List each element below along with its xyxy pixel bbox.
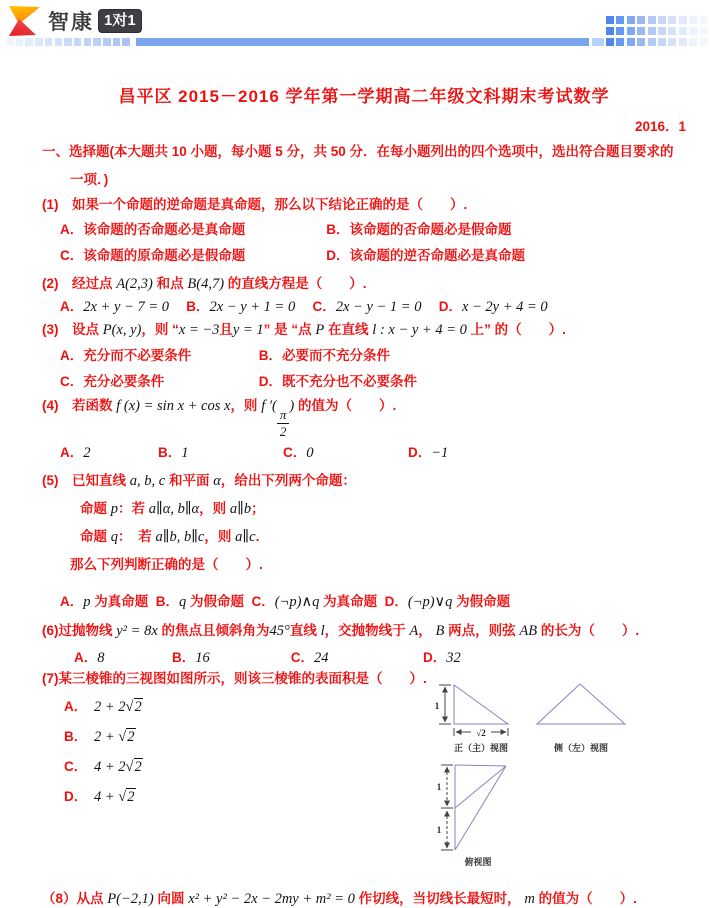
front-height-dim: 1 [435, 701, 440, 711]
math-segment: f (x) = sin x + cos x [116, 398, 230, 414]
mosaic-square [616, 27, 624, 35]
front-view-triangle [454, 685, 508, 724]
front-view-label: 正（主）视图 [454, 742, 508, 753]
text-segment: 的值为（ ）. [535, 891, 637, 906]
question-5-options: A．p 为真命题 B．q 为假命题 C．(¬p)∧q 为真命题 D．(¬p)∨q… [42, 592, 688, 612]
math-segment: α [213, 473, 221, 489]
math-segment: a∥α, b∥α [149, 501, 199, 517]
pixel-dot [55, 38, 63, 46]
mosaic-square [700, 16, 708, 24]
text-segment: 为假命题 C． [186, 594, 275, 609]
math-segment: 2x − y − 1 = 0 [336, 299, 422, 315]
text-segment: 两点，则弦 [444, 623, 519, 638]
question-2-options: A．2x + y − 7 = 0 B．2x − y + 1 = 0 C．2x −… [42, 297, 688, 317]
math-segment: a, b, c [130, 473, 165, 489]
top-view-label: 俯视图 [464, 856, 491, 867]
side-view-label: 侧（左）视图 [553, 742, 608, 753]
mosaic-square [689, 16, 697, 24]
question-6-stem: (6)过抛物线 y² = 8x 的焦点且倾斜角为45°直线 l，交抛物线于 A，… [42, 621, 688, 641]
mosaic-square [648, 16, 656, 24]
math-segment: 24 [314, 650, 329, 666]
mosaic-square [637, 38, 645, 46]
question-1-options-ab: A．该命题的否命题必是真命题 B．该命题的否命题必是假命题 [42, 220, 688, 240]
text-segment: 命题 [80, 529, 111, 544]
text-segment: (3) 设点 [42, 322, 103, 337]
mosaic-square [658, 16, 666, 24]
pixel-mosaic [606, 16, 710, 49]
section-header: 一、选择题(本大题共 10 小题，每小题 5 分，共 50 分．在每小题列出的四… [42, 142, 688, 162]
text-segment: 一项．) [70, 172, 108, 187]
mosaic-square [679, 38, 687, 46]
text-segment: ： 若 [118, 529, 156, 544]
front-base-dim: √2 [476, 728, 486, 738]
text-segment: 为假命题 [452, 594, 510, 609]
math-segment: 32 [446, 650, 461, 666]
math-segment: P(x, y) [103, 322, 142, 338]
math-segment: A [409, 623, 418, 639]
text-segment: （8）从点 [42, 891, 107, 906]
mosaic-square [679, 27, 687, 35]
mosaic-square [700, 38, 708, 46]
text-segment: A． [60, 594, 83, 609]
text-segment: 在直线 [324, 322, 372, 337]
text-segment: 作切线，当切线长最短时， [355, 891, 525, 906]
text-segment: 和点 [153, 276, 188, 291]
text-segment: ，则 “ [141, 322, 179, 337]
question-5-stem: (5) 已知直线 a, b, c 和平面 α，给出下列两个命题： [42, 471, 688, 491]
math-segment: a∥b, b∥c [156, 529, 205, 545]
header-bar [136, 38, 589, 46]
sqrt-expression: √2 [118, 788, 135, 805]
text-segment: (4) 若函数 [42, 398, 116, 413]
exam-page: 智康 1对1 昌平区 2015－2016 学年第一学期高二年级文科期末考试数学 … [0, 0, 710, 908]
text-segment: 且 [219, 322, 233, 337]
pixel-dot [122, 38, 130, 46]
math-segment: P(−2,1) [107, 891, 153, 907]
math-segment: m [524, 891, 534, 907]
math-segment: 2 [83, 445, 90, 461]
text-segment: D． [329, 650, 447, 665]
top-lower-dim: 1 [437, 825, 442, 835]
page-title: 昌平区 2015－2016 学年第一学期高二年级文科期末考试数学 [42, 82, 686, 107]
math-segment: AB [519, 623, 537, 639]
sqrt-expression: √2 [126, 698, 143, 715]
text-segment: 的焦点且倾斜角为 [158, 623, 270, 638]
question-3-options-ab: A．充分而不必要条件 B．必要而不充分条件 [42, 346, 688, 366]
text-segment: A． [60, 445, 83, 460]
three-view-svg: 1 √2 正（主）视图 侧（左）视图 1 [428, 674, 688, 874]
math-segment: P [315, 322, 324, 338]
text-segment: A． [60, 299, 83, 314]
math-segment: a∥b [230, 501, 251, 517]
text-segment: (7)某三棱锥的三视图如图所示，则该三棱锥的表面积是（ ）. [42, 671, 427, 686]
text-segment: C．该命题的原命题必是假命题 D．该命题的逆否命题必是真命题 [60, 248, 525, 263]
pixel-dot [113, 38, 121, 46]
math-segment: (¬p)∧q [275, 594, 320, 610]
text-segment: 为真命题 B． [91, 594, 180, 609]
text-segment: (2) 经过点 [42, 276, 116, 291]
text-segment: C． [189, 445, 307, 460]
text-segment: ，则 [230, 398, 261, 413]
brand-logo: 智康 1对1 [8, 4, 142, 38]
math-segment: p [111, 501, 118, 517]
math-segment: A(2,3) [116, 276, 153, 292]
mosaic-square [679, 16, 687, 24]
question-1-stem: (1) 如果一个命题的逆命题是真命题，那么以下结论正确的是（ ）. [42, 195, 688, 215]
math-segment: x = −3 [179, 322, 220, 338]
text-segment: 的值为（ ）. [294, 398, 396, 413]
mosaic-square [616, 38, 624, 46]
math-segment: (¬p)∨q [408, 594, 453, 610]
text-segment: 为真命题 D． [319, 594, 408, 609]
text-segment: ， [418, 623, 435, 638]
hourglass-logo-icon [8, 5, 42, 37]
fraction: π2 [277, 408, 290, 440]
mosaic-square [668, 27, 676, 35]
math-segment: y = 1 [233, 322, 264, 338]
text-segment: A．充分而不必要条件 B．必要而不充分条件 [60, 348, 390, 363]
math-segment: 8 [97, 650, 104, 666]
header-bar-tail [592, 38, 604, 46]
question-6-options: A．8 B．16 C．24 D．32 [42, 648, 688, 668]
text-segment: 那么下列判断正确的是（ ）. [70, 557, 263, 572]
mosaic-square [648, 38, 656, 46]
mosaic-square [637, 27, 645, 35]
mosaic-square [658, 38, 666, 46]
pixel-dot [74, 38, 82, 46]
text-segment: A．该命题的否命题必是真命题 B．该命题的否命题必是假命题 [60, 222, 512, 237]
side-view-triangle [537, 684, 625, 724]
math-segment: p [83, 594, 90, 610]
text-segment: B． [91, 445, 182, 460]
text-segment: C． [64, 759, 94, 774]
math-segment: 2x − y + 1 = 0 [209, 299, 295, 315]
question-4-options: A．2 B．1 C．0 D．−1 [42, 443, 688, 463]
text-segment: B． [64, 729, 94, 744]
math-segment: a∥c [235, 529, 255, 545]
question-5-conclusion: 那么下列判断正确的是（ ）. [42, 555, 688, 575]
mosaic-square [648, 27, 656, 35]
math-segment: 16 [195, 650, 210, 666]
mosaic-square [627, 16, 635, 24]
text-segment: ，则 [204, 529, 235, 544]
math-segment: −1 [431, 445, 448, 461]
math-segment: 1 [181, 445, 188, 461]
text-segment: C． [210, 650, 314, 665]
mosaic-square [658, 27, 666, 35]
mosaic-square [689, 38, 697, 46]
top-upper-dim: 1 [437, 782, 442, 792]
question-2-stem: (2) 经过点 A(2,3) 和点 B(4,7) 的直线方程是（ ）. [42, 274, 688, 294]
math-segment: 4 + [94, 789, 118, 805]
pixel-dot [16, 38, 24, 46]
text-segment: ” 是 “点 [264, 322, 316, 337]
text-segment: ，交抛物线于 [325, 623, 410, 638]
math-segment: 45° [270, 623, 290, 639]
text-segment: A． [64, 699, 94, 714]
math-segment: l : x − y + 4 = 0 [372, 322, 467, 338]
text-segment: 的长为（ ）. [537, 623, 639, 638]
text-segment: 的直线方程是（ ）. [224, 276, 367, 291]
pixel-dot [64, 38, 72, 46]
text-segment: (5) 已知直线 [42, 473, 130, 488]
math-segment: 2 + 2 [94, 699, 126, 715]
question-5-prop-q: 命题 q： 若 a∥b, b∥c，则 a∥c． [42, 527, 688, 547]
text-segment: 命题 [80, 501, 111, 516]
mosaic-square [637, 16, 645, 24]
math-segment: y² = 8x [116, 623, 158, 639]
mosaic-square [700, 27, 708, 35]
pixel-dot [35, 38, 43, 46]
sqrt-expression: √2 [118, 728, 135, 745]
math-segment: 0 [306, 445, 313, 461]
top-view: 1 1 俯视图 [437, 765, 506, 867]
section-header-cont: 一项．) [42, 170, 688, 190]
text-segment: 和平面 [165, 473, 213, 488]
text-segment: 上” 的（ ）. [467, 322, 566, 337]
text-segment: B． [169, 299, 210, 314]
front-view: 1 √2 正（主）视图 [435, 685, 508, 753]
mosaic-square [689, 27, 697, 35]
pixel-dot [45, 38, 53, 46]
math-segment: q [111, 529, 118, 545]
text-segment: ，则 [199, 501, 230, 516]
mosaic-square [616, 16, 624, 24]
math-segment: x − 2y + 4 = 0 [462, 299, 548, 315]
three-view-figure: 1 √2 正（主）视图 侧（左）视图 1 [428, 674, 688, 874]
text-segment: C． [295, 299, 336, 314]
mosaic-square [627, 38, 635, 46]
question-8-stem: （8）从点 P(−2,1) 向圆 x² + y² − 2x − 2my + m²… [42, 889, 688, 908]
mosaic-square [606, 16, 614, 24]
math-segment: 2 + [94, 729, 118, 745]
text-segment: ，给出下列两个命题： [221, 473, 356, 488]
text-segment: 直线 [290, 623, 321, 638]
text-segment: (1) 如果一个命题的逆命题是真命题，那么以下结论正确的是（ ）. [42, 197, 467, 212]
mosaic-square [668, 16, 676, 24]
text-segment: B． [105, 650, 196, 665]
pixel-dot [25, 38, 33, 46]
text-segment: ：若 [118, 501, 149, 516]
math-segment: B(4,7) [187, 276, 224, 292]
question-4-stem: (4) 若函数 f (x) = sin x + cos x，则 f ′(π2) … [42, 396, 688, 440]
pixel-dot [103, 38, 111, 46]
question-3-stem: (3) 设点 P(x, y)，则 “x = −3且y = 1” 是 “点 P 在… [42, 320, 688, 340]
text-segment: A． [74, 650, 97, 665]
question-1-options-cd: C．该命题的原命题必是假命题 D．该命题的逆否命题必是真命题 [42, 246, 688, 266]
text-segment: D． [314, 445, 432, 460]
text-segment: 向圆 [154, 891, 189, 906]
sqrt-expression: √2 [126, 758, 143, 775]
text-segment: ； [251, 501, 265, 516]
top-view-shape [455, 765, 506, 850]
mosaic-square [668, 38, 676, 46]
question-5-prop-p: 命题 p：若 a∥α, b∥α，则 a∥b； [42, 499, 688, 519]
exam-date: 2016．1 [635, 115, 686, 135]
text-segment: (6)过抛物线 [42, 623, 116, 638]
text-segment: D． [421, 299, 462, 314]
math-segment: f ′( [261, 398, 277, 414]
side-view: 侧（左）视图 [537, 684, 625, 753]
text-segment: D． [64, 789, 94, 804]
question-3-options-cd: C．充分必要条件 D．既不充分也不必要条件 [42, 372, 688, 392]
math-segment: x² + y² − 2x − 2my + m² = 0 [188, 891, 355, 907]
pixel-dot [93, 38, 101, 46]
brand-name: 智康 [48, 6, 94, 36]
math-segment: 4 + 2 [94, 759, 126, 775]
mosaic-square [627, 27, 635, 35]
math-segment: 2x + y − 7 = 0 [83, 299, 169, 315]
pixel-dot [84, 38, 92, 46]
text-segment: C．充分必要条件 D．既不充分也不必要条件 [60, 374, 417, 389]
mosaic-square [606, 27, 614, 35]
text-segment: ． [256, 529, 270, 544]
brand-badge: 1对1 [98, 9, 142, 33]
text-segment: 一、选择题(本大题共 10 小题，每小题 5 分，共 50 分．在每小题列出的四… [42, 144, 674, 159]
mosaic-square [606, 38, 614, 46]
pixel-dot [6, 38, 14, 46]
